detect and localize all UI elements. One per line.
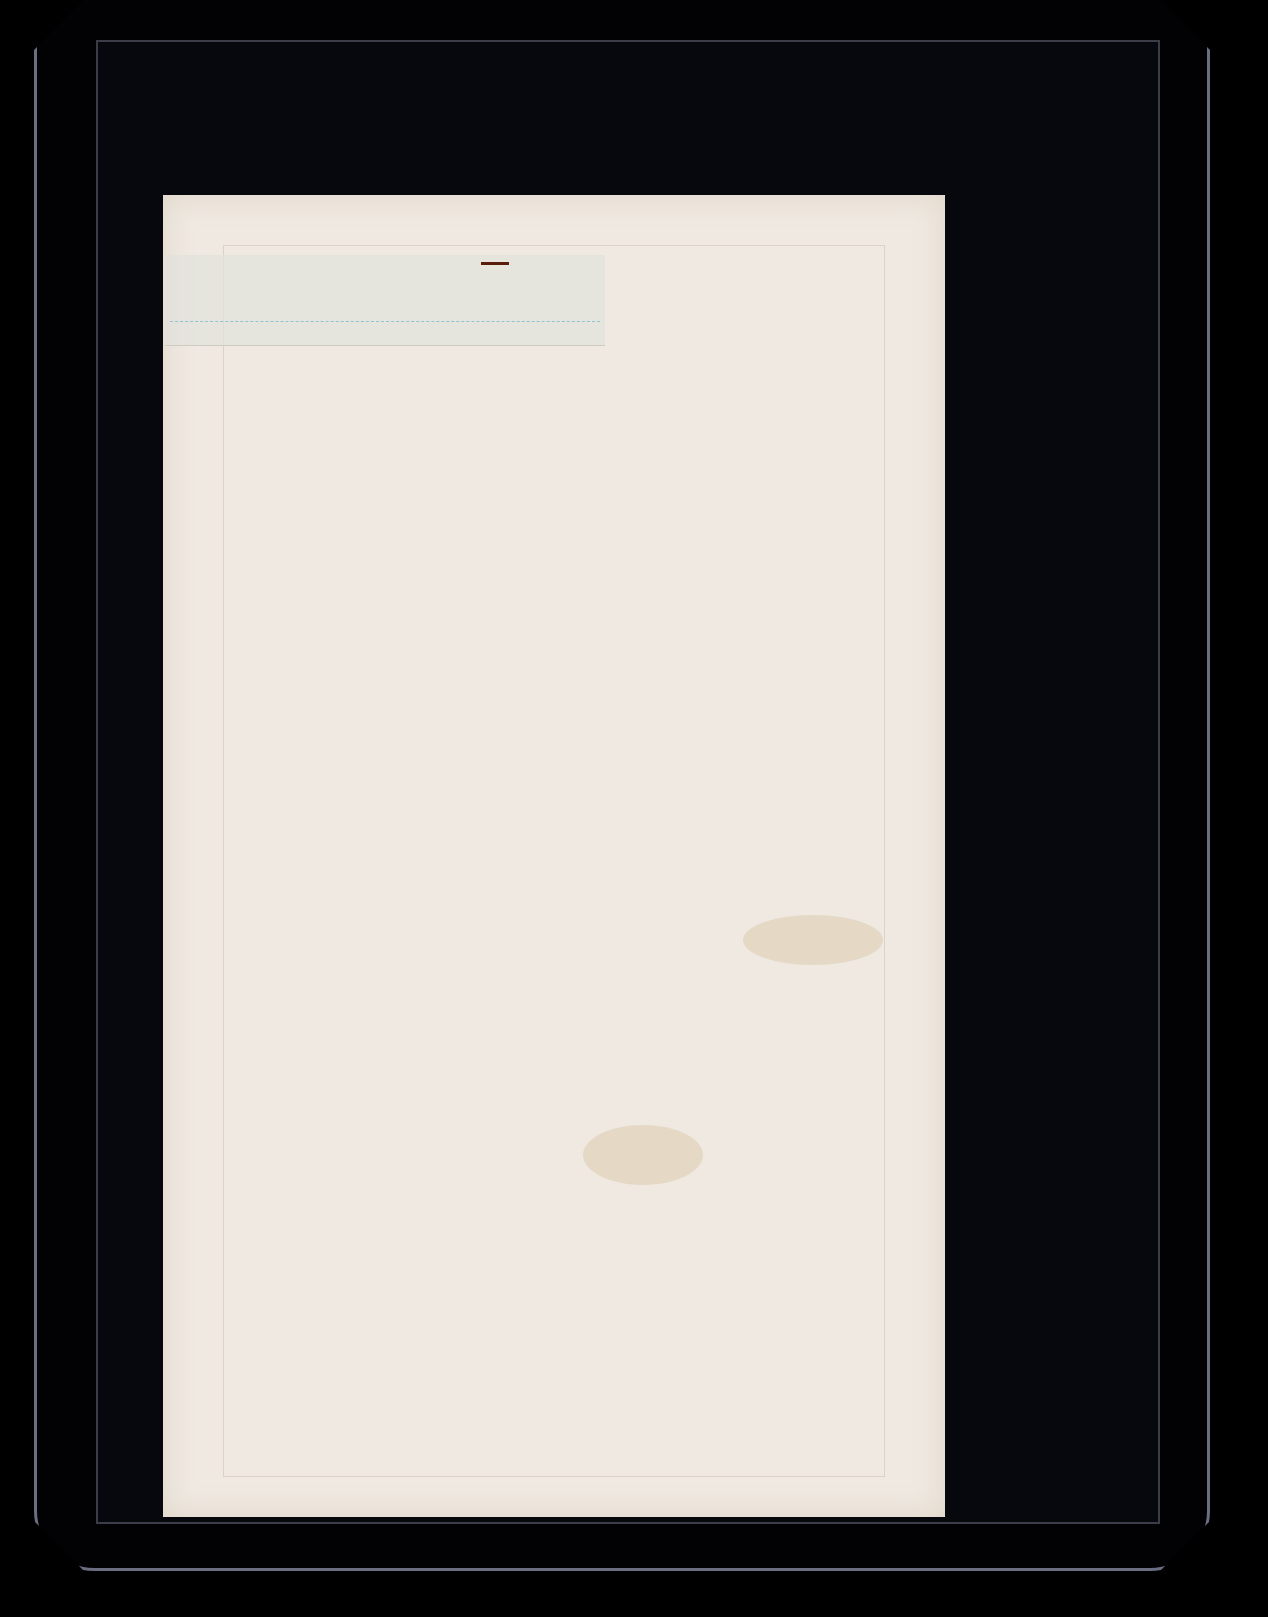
tape-residue: ▬▬▬ [165, 255, 605, 346]
stain [743, 915, 883, 965]
stain [583, 1125, 703, 1185]
tape-blue-line [170, 321, 600, 322]
card-border-frame [223, 245, 885, 1477]
card-back: ▬▬▬ [163, 195, 945, 1517]
printed-mark: ▬▬▬ [481, 257, 508, 268]
